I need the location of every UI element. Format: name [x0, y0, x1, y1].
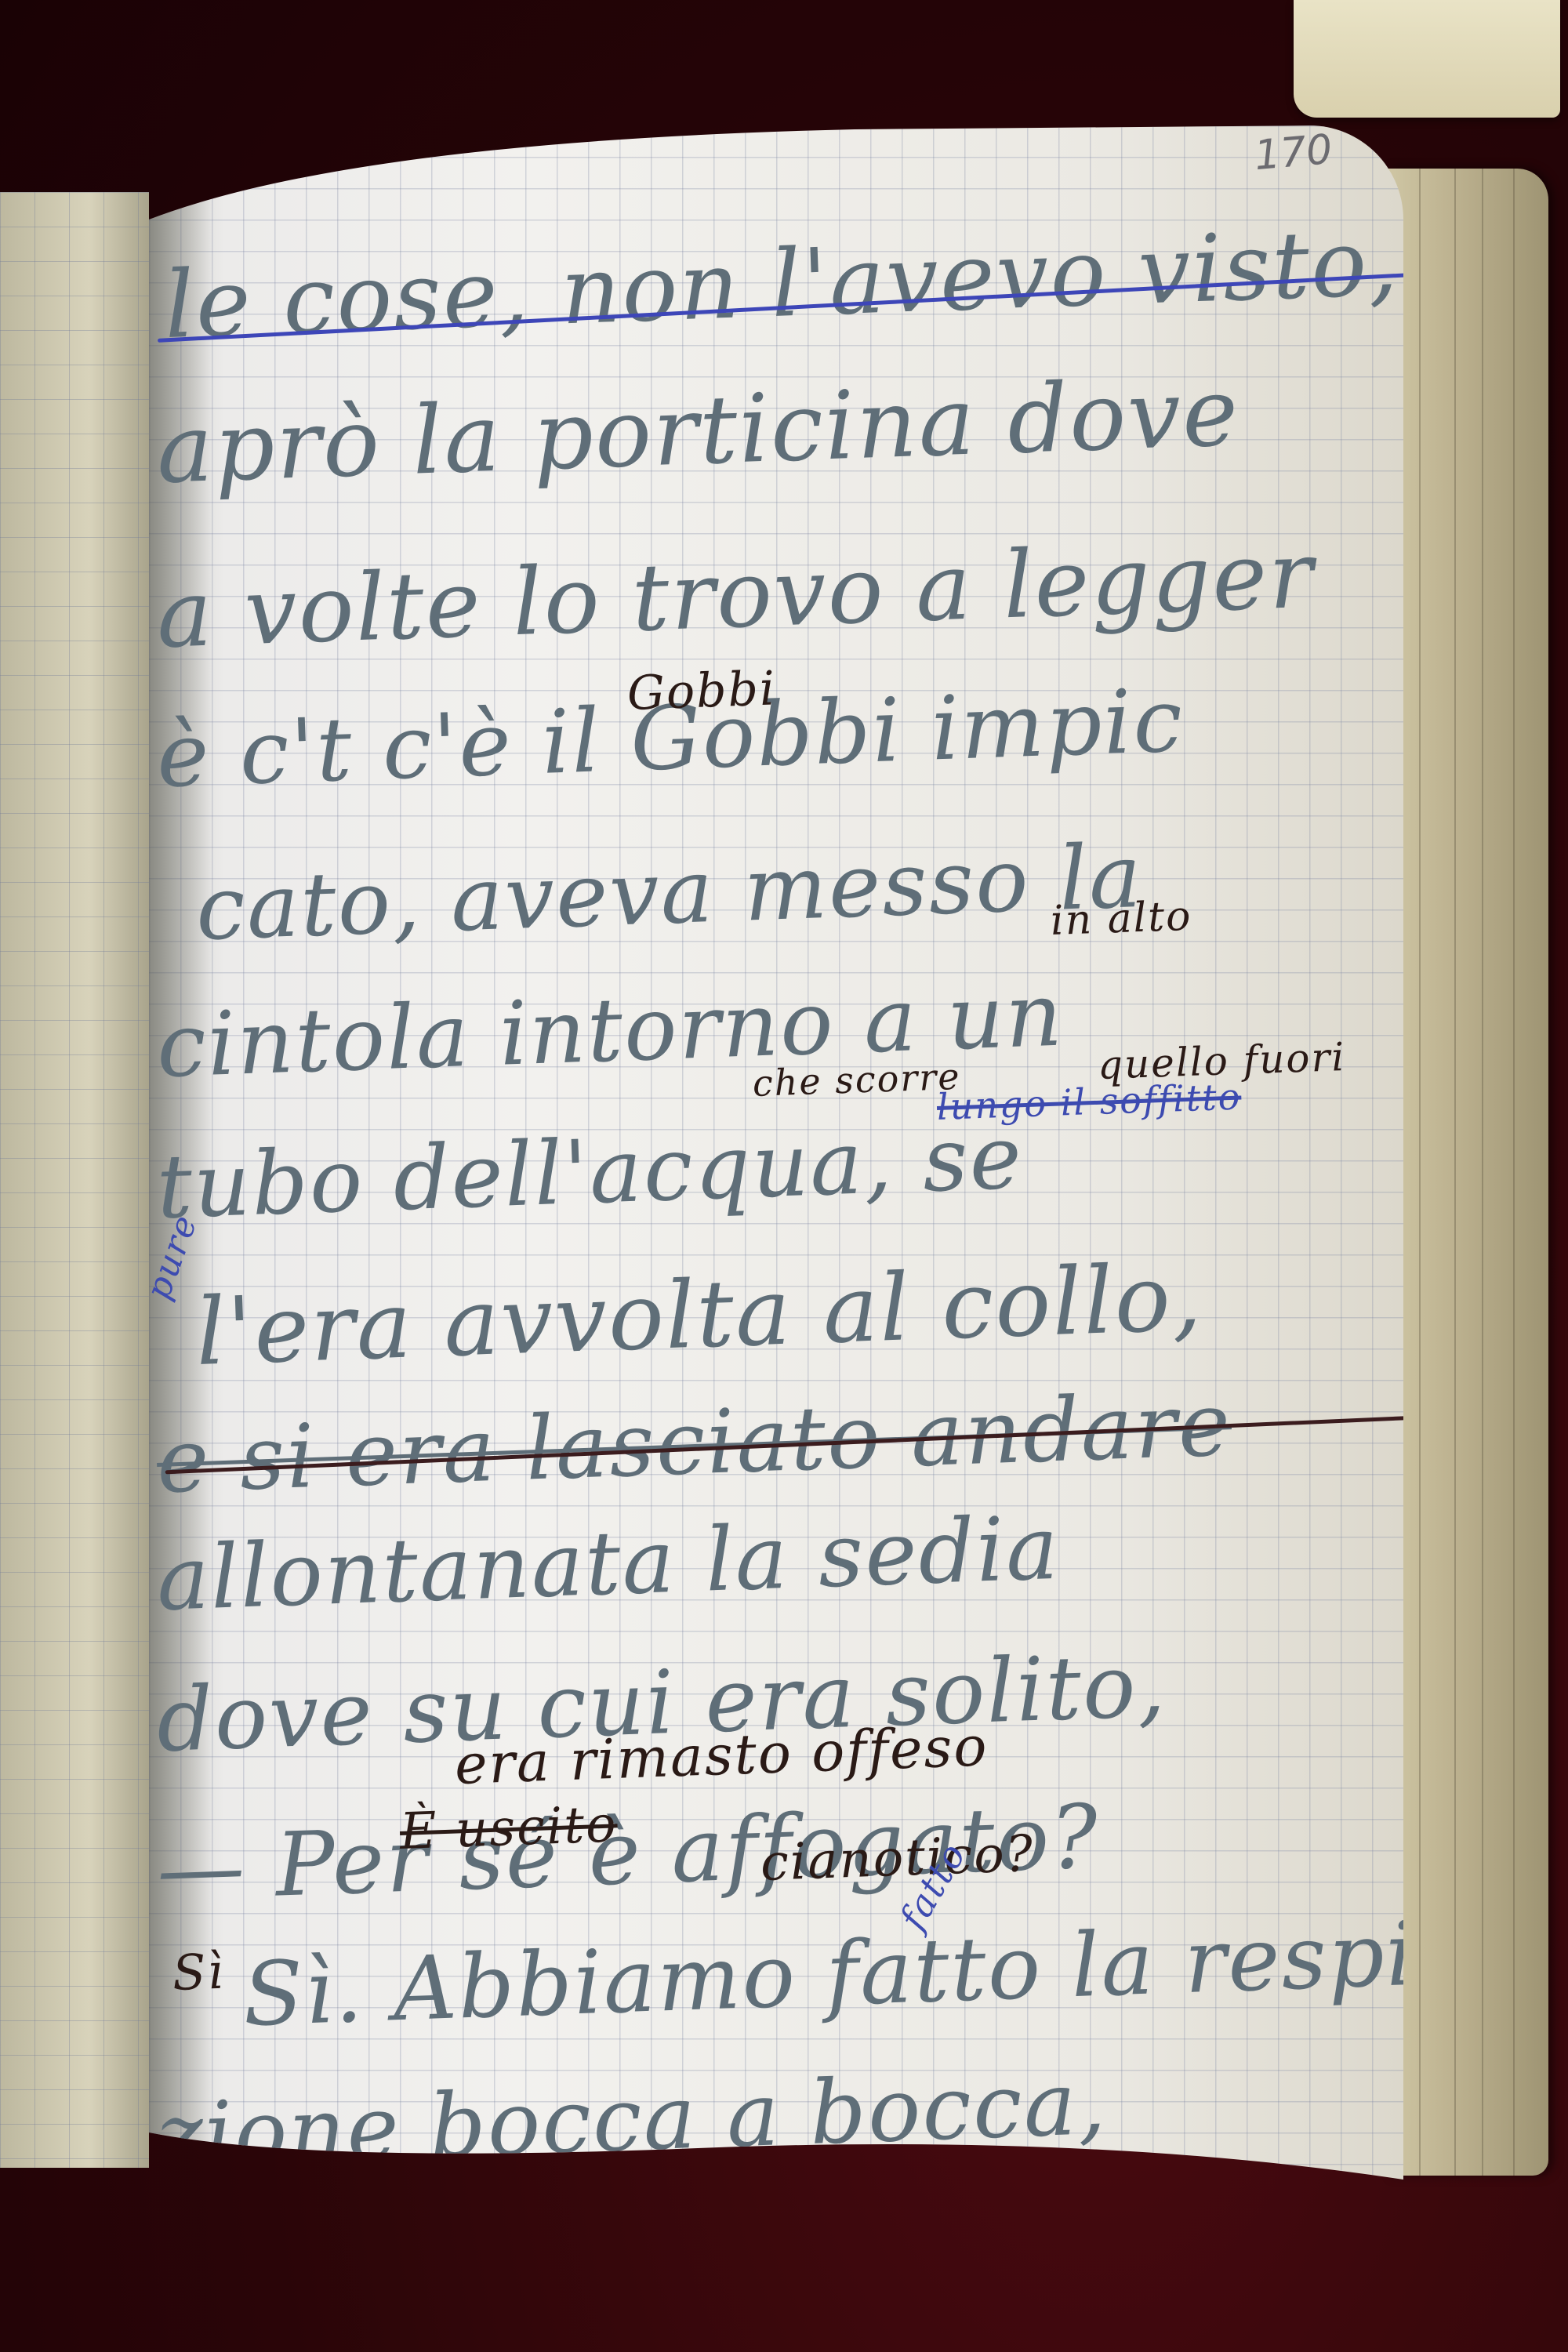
annotation-gobbi: Gobbi	[626, 661, 777, 721]
annotation-in-alto: in alto	[1050, 893, 1192, 945]
bookmark-tab	[1294, 0, 1560, 118]
page-edges-stack	[1388, 169, 1548, 2176]
annotation-quello-fuori: quello fuori	[1097, 1034, 1346, 1088]
annotation-cianotico: cianotico?	[760, 1825, 1035, 1893]
notebook-page: 170 le cose, non l'avevo visto, aprò la …	[149, 125, 1403, 2180]
page-number: 170	[1253, 126, 1334, 180]
annotation-si: Sì	[172, 1943, 226, 2002]
annotation-che-scorre: che scorre	[752, 1055, 961, 1105]
left-facing-page	[0, 192, 149, 2168]
annotation-e-uscito: È uscito	[399, 1795, 619, 1861]
